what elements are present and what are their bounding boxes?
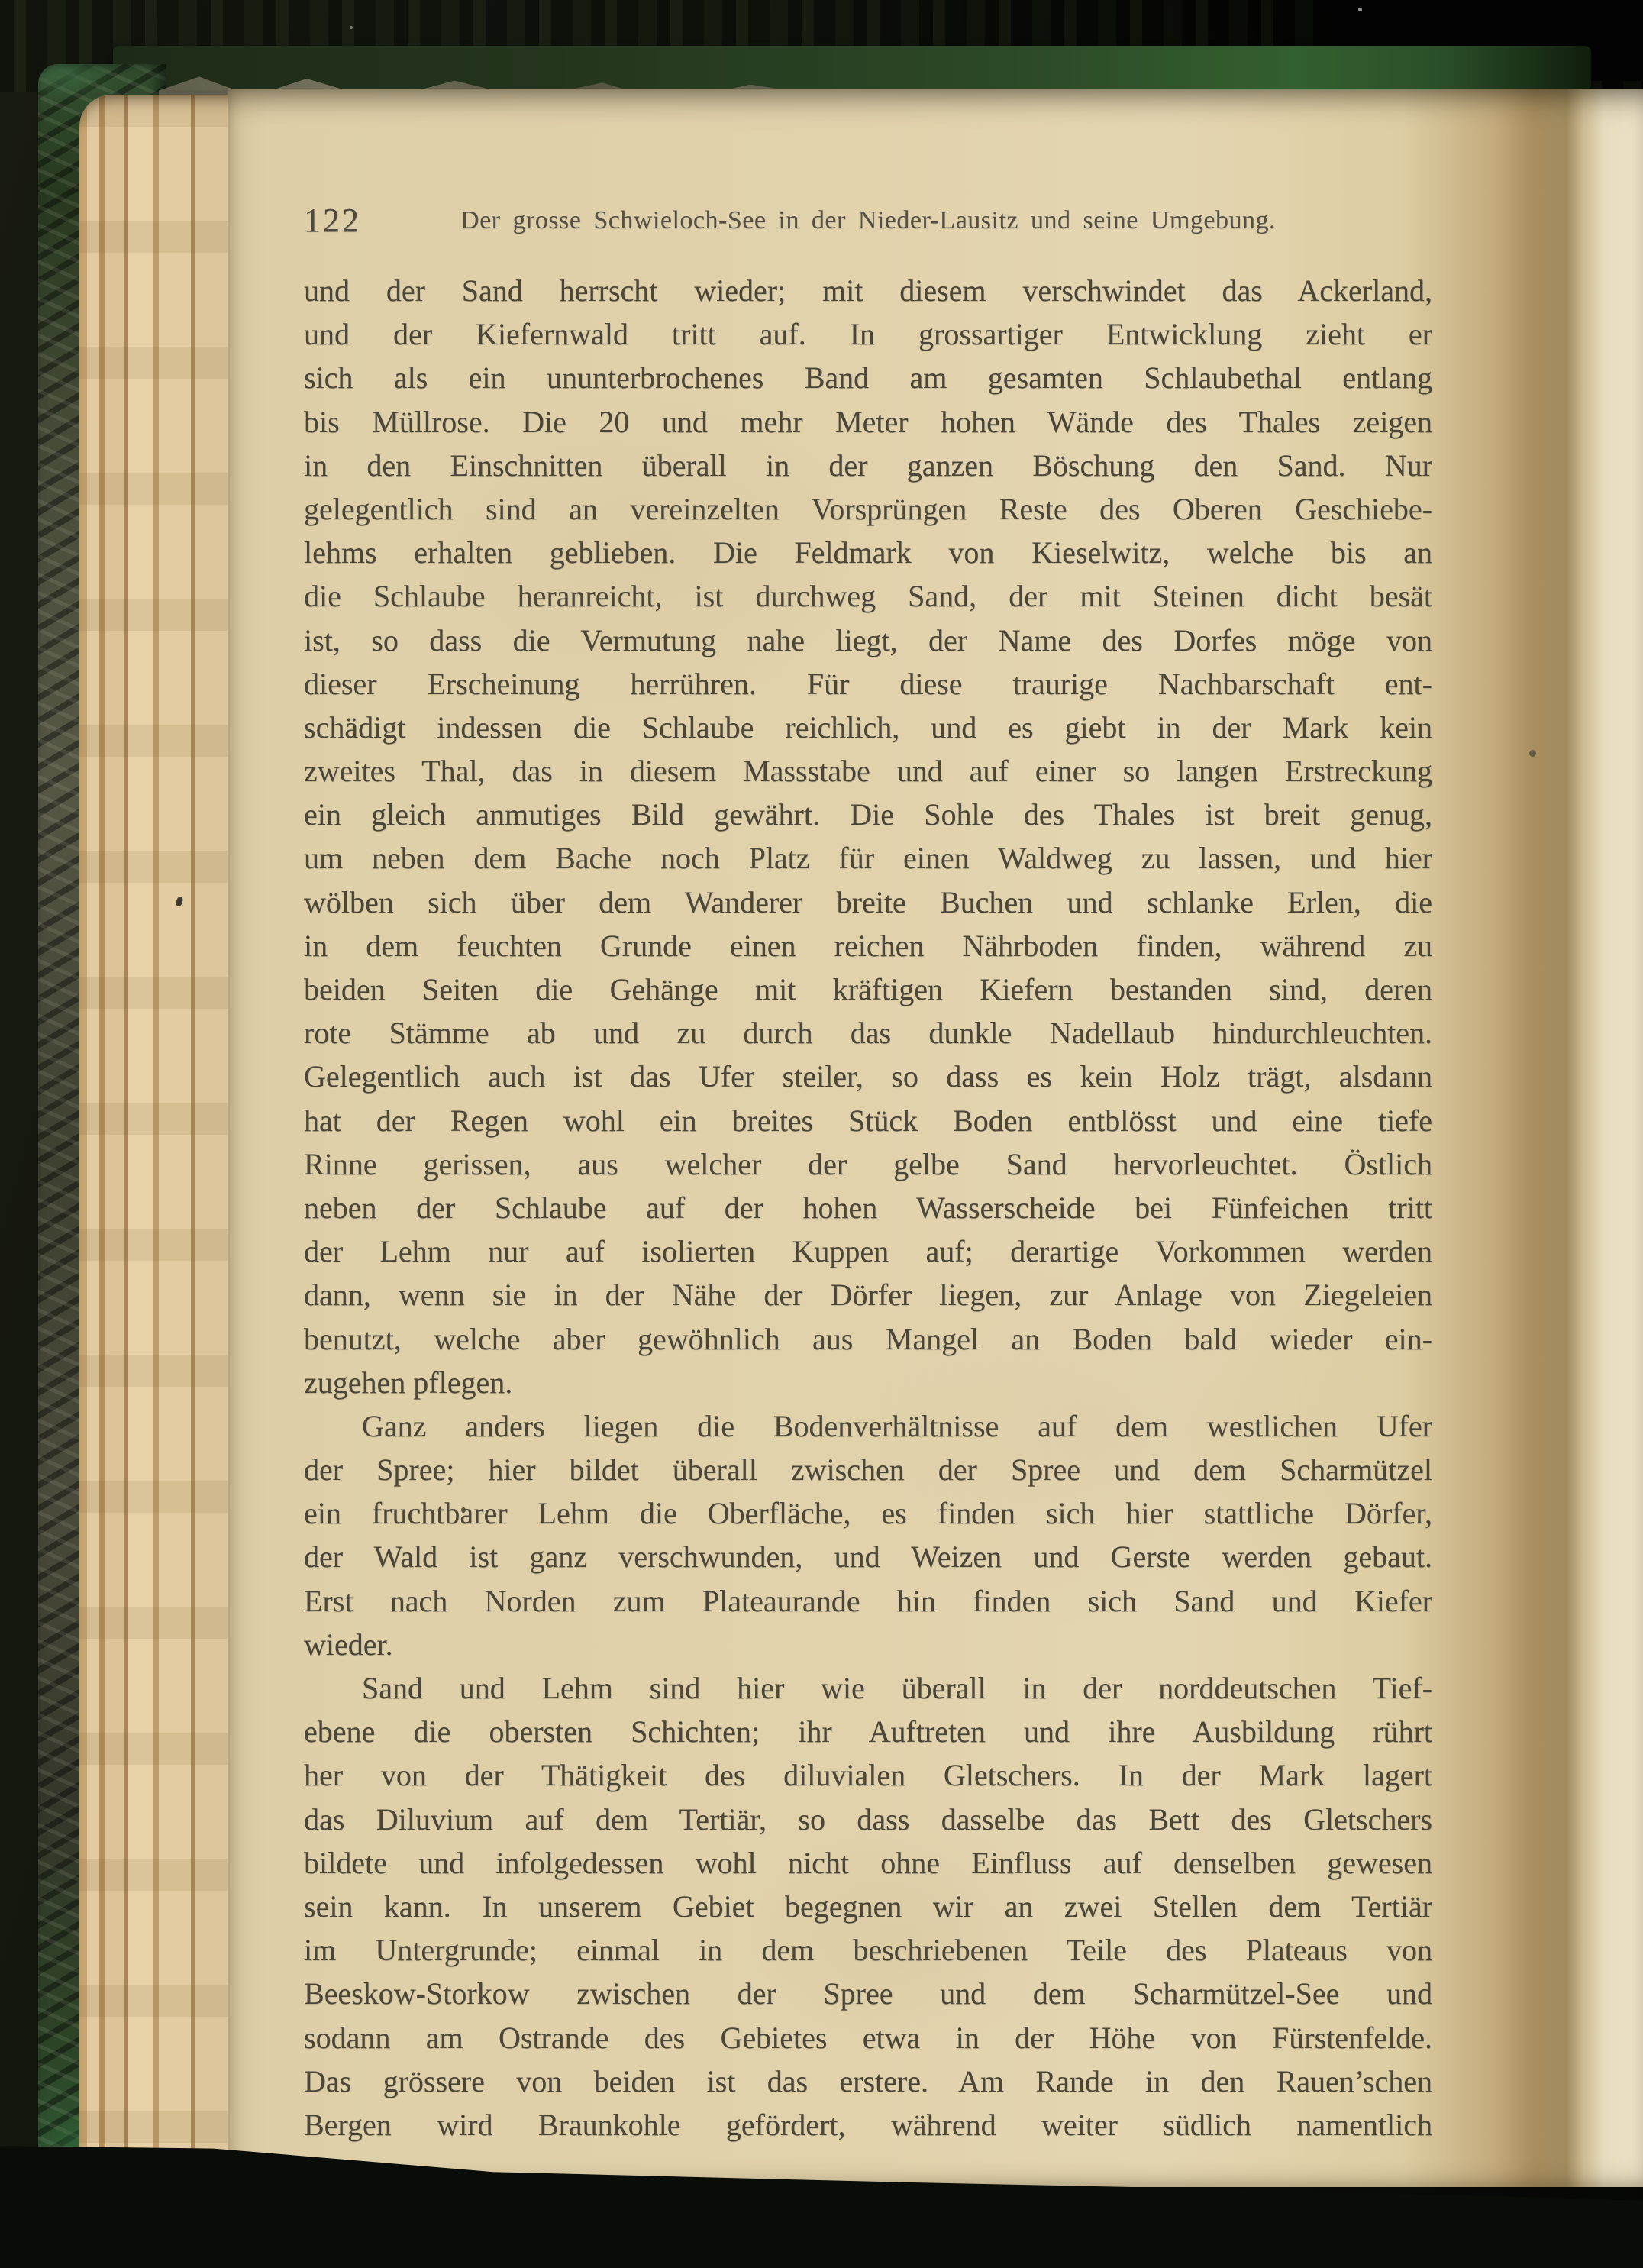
text-line: her von der Thätigkeit des diluvialen Gl… xyxy=(304,1753,1432,1797)
text-line: der Lehm nur auf isolierten Kuppen auf; … xyxy=(304,1229,1432,1273)
text-line: bis Müllrose. Die 20 und mehr Meter hohe… xyxy=(304,400,1432,444)
text-line: benutzt, welche aber gewöhnlich aus Mang… xyxy=(304,1317,1432,1361)
book-cover-top-edge xyxy=(113,46,1591,90)
text-line: schädigt indessen die Schlaube reichlich… xyxy=(304,706,1432,749)
text-line: lehms erhalten geblieben. Die Feldmark v… xyxy=(304,531,1432,574)
text-line: der Wald ist ganz verschwunden, und Weiz… xyxy=(304,1535,1432,1578)
text-line: in den Einschnitten überall in der ganze… xyxy=(304,444,1432,487)
scanned-book-photo: 122 Der grosse Schwieloch-See in der Nie… xyxy=(0,0,1643,2268)
text-line: zugehen pflegen. xyxy=(304,1361,1432,1404)
text-line: hat der Regen wohl ein breites Stück Bod… xyxy=(304,1099,1432,1142)
text-line: dieser Erscheinung herrühren. Für diese … xyxy=(304,662,1432,706)
body-text: und der Sand herrscht wieder; mit diesem… xyxy=(304,269,1432,2147)
text-line: gelegentlich sind an vereinzelten Vorspr… xyxy=(304,487,1432,531)
text-line: ein gleich anmutiges Bild gewährt. Die S… xyxy=(304,793,1432,836)
text-line: in dem feuchten Grunde einen reichen Näh… xyxy=(304,924,1432,968)
text-line: rote Stämme ab und zu durch das dunkle N… xyxy=(304,1011,1432,1055)
dust-fleck xyxy=(350,26,353,29)
text-line: bildete und infolgedessen wohl nicht ohn… xyxy=(304,1841,1432,1885)
running-header: Der grosse Schwieloch-See in der Nieder-… xyxy=(304,197,1432,244)
text-line: zweites Thal, das in diesem Massstabe un… xyxy=(304,749,1432,793)
page-header: 122 Der grosse Schwieloch-See in der Nie… xyxy=(304,197,1432,244)
text-line: dann, wenn sie in der Nähe der Dörfer li… xyxy=(304,1273,1432,1317)
dust-fleck xyxy=(1358,8,1362,11)
text-line: Erst nach Norden zum Plateaurande hin fi… xyxy=(304,1579,1432,1623)
text-line: wieder. xyxy=(304,1623,1432,1666)
text-line: wölben sich über dem Wanderer breite Buc… xyxy=(304,880,1432,924)
text-line: um neben dem Bache noch Platz für einen … xyxy=(304,836,1432,880)
ink-spot xyxy=(1529,750,1536,757)
text-line: sein kann. In unserem Gebiet begegnen wi… xyxy=(304,1885,1432,1928)
text-line: im Untergrunde; einmal in dem beschriebe… xyxy=(304,1928,1432,1972)
text-line: und der Sand herrscht wieder; mit diesem… xyxy=(304,269,1432,312)
ink-spot xyxy=(461,1507,466,1513)
text-line: ebene die obersten Schichten; ihr Auftre… xyxy=(304,1710,1432,1753)
text-line: ein fruchtbarer Lehm die Oberfläche, es … xyxy=(304,1491,1432,1535)
text-line: die Schlaube heranreicht, ist durchweg S… xyxy=(304,574,1432,618)
text-line: der Spree; hier bildet überall zwischen … xyxy=(304,1448,1432,1491)
text-line: sich als ein ununterbrochenes Band am ge… xyxy=(304,356,1432,399)
text-line: Sand und Lehm sind hier wie überall in d… xyxy=(304,1666,1432,1710)
text-line: das Diluvium auf dem Tertiär, so dass da… xyxy=(304,1798,1432,1841)
text-line: ist, so dass die Vermutung nahe liegt, d… xyxy=(304,619,1432,662)
text-line: Ganz anders liegen die Bodenverhältnisse… xyxy=(304,1404,1432,1448)
text-line: sodann am Ostrande des Gebietes etwa in … xyxy=(304,2016,1432,2060)
book-page: 122 Der grosse Schwieloch-See in der Nie… xyxy=(228,89,1643,2187)
text-line: neben der Schlaube auf der hohen Wassers… xyxy=(304,1186,1432,1229)
text-line: und der Kiefernwald tritt auf. In grossa… xyxy=(304,312,1432,356)
text-line: Das grössere von beiden ist das erstere.… xyxy=(304,2060,1432,2103)
text-line: Beeskow-Storkow zwischen der Spree und d… xyxy=(304,1972,1432,2015)
text-line: beiden Seiten die Gehänge mit kräftigen … xyxy=(304,968,1432,1011)
text-line: Rinne gerissen, aus welcher der gelbe Sa… xyxy=(304,1142,1432,1186)
text-line: Bergen wird Braunkohle gefördert, währen… xyxy=(304,2103,1432,2147)
text-line: Gelegentlich auch ist das Ufer steiler, … xyxy=(304,1055,1432,1098)
